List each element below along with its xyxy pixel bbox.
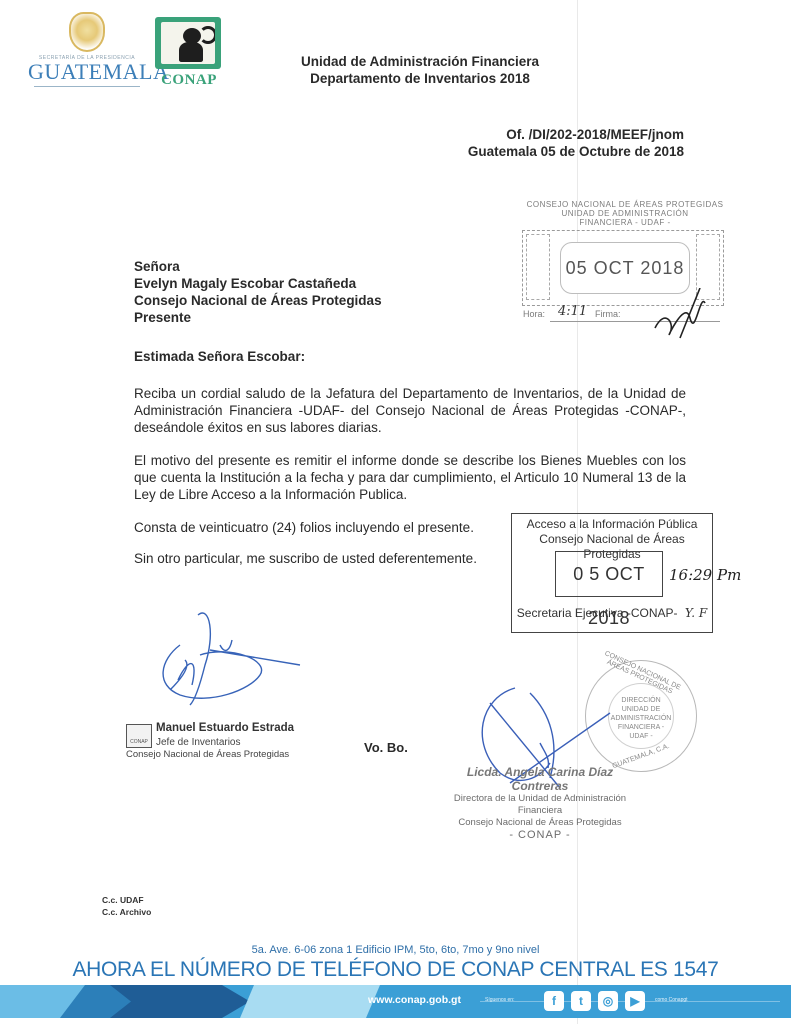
footer-address: 5a. Ave. 6-06 zona 1 Edificio IPM, 5to, … [0,944,791,956]
signer2-title: Directora de la Unidad de Administración… [440,793,640,817]
access-stamp-date: 0 5 OCT 2018 [555,551,663,597]
access-stamp-handwritten-time: 16:29 Pm [669,566,741,584]
monkey-icon [161,22,215,64]
signer1-organization: Consejo Nacional de Áreas Protegidas [126,749,289,760]
cc-archivo: C.c. Archivo [102,906,151,918]
footer-website-link[interactable]: www.conap.gob.gt [368,994,461,1006]
received-stamp-line1: CONSEJO NACIONAL DE ÁREAS PROTEGIDAS [520,200,730,209]
cc-udaf: C.c. UDAF [102,894,151,906]
footer-follow-label: Síguenos en: [485,997,514,1003]
received-stamp-firma-label: Firma: [595,309,621,319]
letterhead-department: Departamento de Inventarios 2018 [270,70,570,87]
received-stamp-hora-label: Hora: [523,309,545,319]
footer-phone-banner: AHORA EL NÚMERO DE TELÉFONO DE CONAP CEN… [0,958,791,982]
coat-of-arms-icon [69,12,105,52]
received-stamp-hora-value: 4:11 [558,304,587,319]
received-stamp-line3: FINANCIERA - UDAF - [520,218,730,227]
access-stamp-footer-text: Secretaria Ejecutiva -CONAP- [517,606,678,620]
received-stamp-line2: UNIDAD DE ADMINISTRACIÓN [520,209,730,218]
signer1-title: Jefe de Inventarios [156,737,241,748]
signer2-short: - CONAP - [440,829,640,841]
conap-logo: CONAP [155,17,223,89]
received-stamp-letter-r [526,234,550,300]
recipient-block: Señora Evelyn Magaly Escobar Castañeda C… [134,258,382,326]
twitter-icon[interactable]: t [571,991,591,1011]
copies-block: C.c. UDAF C.c. Archivo [102,894,151,918]
letter-date: Guatemala 05 de Octubre de 2018 [400,143,684,160]
vobo-label: Vo. Bo. [364,740,408,755]
facebook-icon[interactable]: f [544,991,564,1011]
guatemala-logo: SECRETARÍA DE LA PRESIDENCIA GUATEMALA [28,12,146,92]
body-paragraph-1: Reciba un cordial saludo de la Jefatura … [134,385,686,436]
reference-code: Of. /DI/202-2018/MEEF/jnom [400,126,684,143]
youtube-icon[interactable]: ▶ [625,991,645,1011]
instagram-icon[interactable]: ◎ [598,991,618,1011]
guatemala-logo-word: GUATEMALA [28,61,146,83]
body-paragraph-4: Sin otro particular, me suscribo de uste… [134,550,514,567]
conap-mini-logo-icon: CONAP [126,724,152,748]
signer2-name: Licda. Angela Carina Díaz Contreras [440,765,640,793]
access-stamp-footer: Secretaria Ejecutiva -CONAP- Y. F [512,606,712,620]
access-stamp-initials: Y. F [685,606,707,620]
guatemala-logo-rule [34,86,140,87]
signature-manuel-estrada [150,605,310,715]
recipient-title: Señora [134,258,382,275]
access-stamp-line1: Acceso a la Información Pública [512,517,712,532]
received-stamp-date: 05 OCT 2018 [560,242,690,294]
footer-social-handle: como Conapgt [655,997,688,1003]
received-stamp-signature [650,288,710,348]
signer1-name: Manuel Estuardo Estrada [156,722,294,734]
letterhead-unit: Unidad de Administración Financiera [270,53,570,70]
footer-band: www.conap.gob.gt Síguenos en: f t ◎ ▶ co… [0,985,791,1018]
recipient-name: Evelyn Magaly Escobar Castañeda [134,275,382,292]
conap-logo-word: CONAP [155,72,223,89]
body-paragraph-2: El motivo del presente es remitir el inf… [134,452,686,503]
recipient-presente: Presente [134,309,382,326]
access-info-stamp: Acceso a la Información Pública Consejo … [511,513,713,633]
signer2-organization: Consejo Nacional de Áreas Protegidas [440,817,640,829]
received-stamp: CONSEJO NACIONAL DE ÁREAS PROTEGIDAS UNI… [520,200,730,330]
salutation: Estimada Señora Escobar: [134,349,305,364]
signer-block-angela: Licda. Angela Carina Díaz Contreras Dire… [440,765,640,841]
body-paragraph-3: Consta de veinticuatro (24) folios inclu… [134,519,514,536]
letterhead-title: Unidad de Administración Financiera Depa… [270,53,570,87]
recipient-organization: Consejo Nacional de Áreas Protegidas [134,292,382,309]
reference-block: Of. /DI/202-2018/MEEF/jnom Guatemala 05 … [400,126,684,160]
